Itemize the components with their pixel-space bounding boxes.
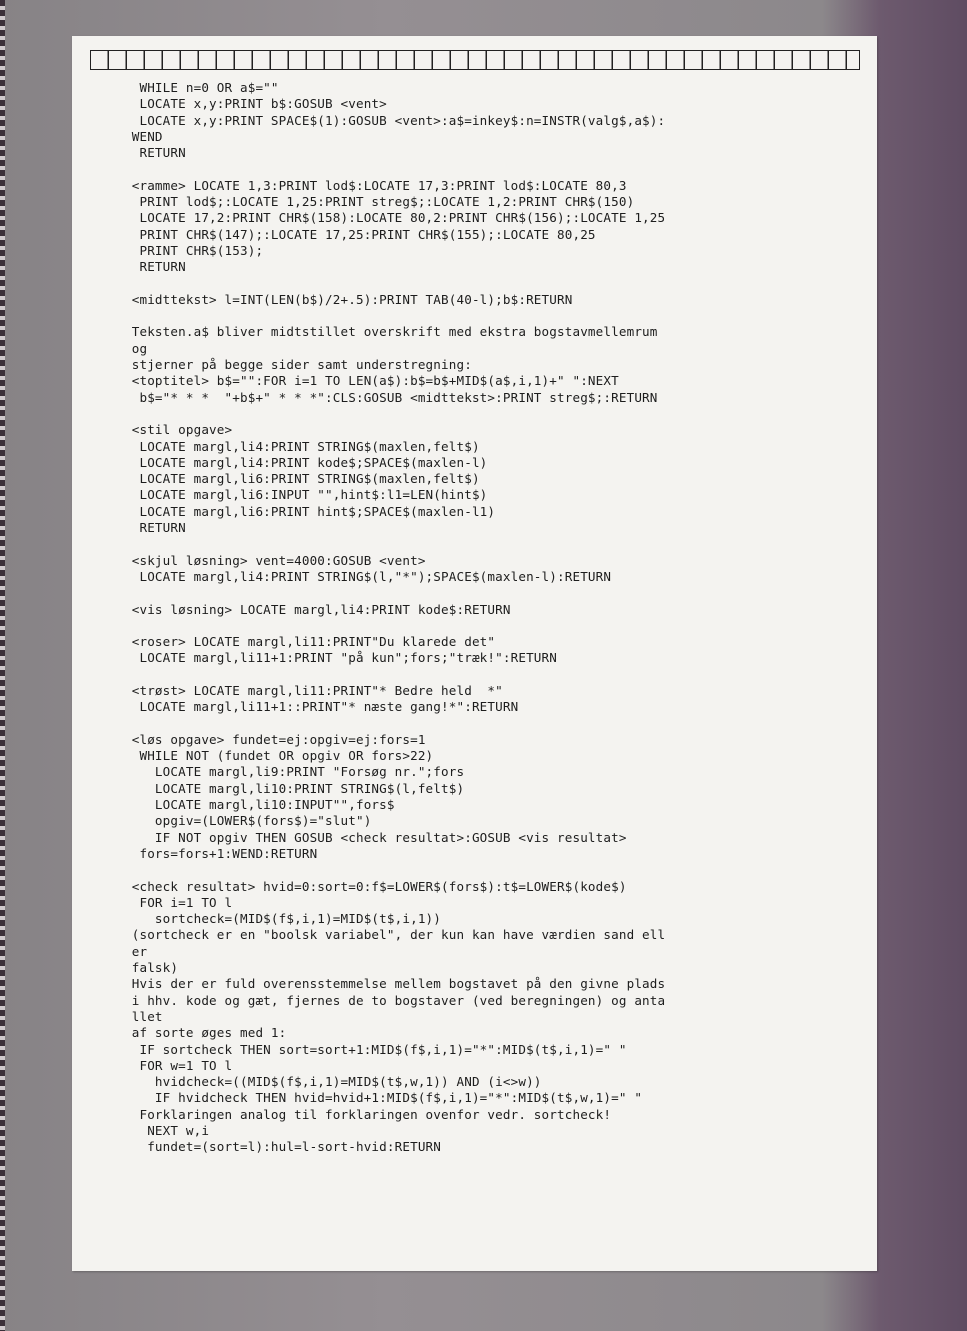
- code-line: RETURN: [124, 259, 864, 275]
- code-line: [124, 276, 864, 292]
- code-line: <trøst> LOCATE margl,li11:PRINT"* Bedre …: [124, 683, 864, 699]
- code-line: [124, 585, 864, 601]
- code-line: IF NOT opgiv THEN GOSUB <check resultat>…: [124, 830, 864, 846]
- code-line: RETURN: [124, 520, 864, 536]
- code-line: PRINT CHR$(153);: [124, 243, 864, 259]
- code-line: RETURN: [124, 145, 864, 161]
- code-line: <stil opgave>: [124, 422, 864, 438]
- code-line: [124, 667, 864, 683]
- code-line: WHILE NOT (fundet OR opgiv OR fors>22): [124, 748, 864, 764]
- code-line: LOCATE margl,li6:PRINT STRING$(maxlen,fe…: [124, 471, 864, 487]
- code-line: stjerner på begge sider samt understregn…: [124, 357, 864, 373]
- binder-edge: [0, 0, 5, 1331]
- code-line: NEXT w,i: [124, 1123, 864, 1139]
- code-line: fundet=(sort=l):hul=l-sort-hvid:RETURN: [124, 1139, 864, 1155]
- code-line: er: [124, 944, 864, 960]
- code-line: af sorte øges med 1:: [124, 1025, 864, 1041]
- code-line: [124, 536, 864, 552]
- code-line: LOCATE margl,li10:INPUT"",fors$: [124, 797, 864, 813]
- code-line: <midttekst> l=INT(LEN(b$)/2+.5):PRINT TA…: [124, 292, 864, 308]
- code-line: <løs opgave> fundet=ej:opgiv=ej:fors=1: [124, 732, 864, 748]
- code-line: LOCATE margl,li4:PRINT kode$;SPACE$(maxl…: [124, 455, 864, 471]
- code-line: <skjul løsning> vent=4000:GOSUB <vent>: [124, 553, 864, 569]
- code-line: [124, 862, 864, 878]
- code-line: LOCATE 17,2:PRINT CHR$(158):LOCATE 80,2:…: [124, 210, 864, 226]
- code-line: PRINT lod$;:LOCATE 1,25:PRINT streg$;:LO…: [124, 194, 864, 210]
- code-line: <roser> LOCATE margl,li11:PRINT"Du klare…: [124, 634, 864, 650]
- code-line: Hvis der er fuld overensstemmelse mellem…: [124, 976, 864, 992]
- code-line: <toptitel> b$="":FOR i=1 TO LEN(a$):b$=b…: [124, 373, 864, 389]
- code-line: LOCATE margl,li11+1:PRINT "på kun";fors;…: [124, 650, 864, 666]
- code-line: WEND: [124, 129, 864, 145]
- code-line: PRINT CHR$(147);:LOCATE 17,25:PRINT CHR$…: [124, 227, 864, 243]
- code-line: sortcheck=(MID$(f$,i,1)=MID$(t$,i,1)): [124, 911, 864, 927]
- listing-page: WHILE n=0 OR a$="" LOCATE x,y:PRINT b$:G…: [72, 36, 877, 1271]
- code-line: LOCATE margl,li6:INPUT "",hint$:l1=LEN(h…: [124, 487, 864, 503]
- code-line: LOCATE x,y:PRINT SPACE$(1):GOSUB <vent>:…: [124, 113, 864, 129]
- code-line: LOCATE margl,li6:PRINT hint$;SPACE$(maxl…: [124, 504, 864, 520]
- header-grid-bar: [90, 50, 860, 70]
- code-line: <ramme> LOCATE 1,3:PRINT lod$:LOCATE 17,…: [124, 178, 864, 194]
- code-line: [124, 406, 864, 422]
- code-line: opgiv=(LOWER$(fors$)="slut"): [124, 813, 864, 829]
- code-line: LOCATE margl,li9:PRINT "Forsøg nr.";fors: [124, 764, 864, 780]
- code-line: b$="* * * "+b$+" * * *":CLS:GOSUB <midtt…: [124, 390, 864, 406]
- code-line: Teksten.a$ bliver midtstillet overskrift…: [124, 324, 864, 340]
- code-line: LOCATE margl,li10:PRINT STRING$(l,felt$): [124, 781, 864, 797]
- code-line: [124, 308, 864, 324]
- code-line: FOR w=1 TO l: [124, 1058, 864, 1074]
- code-line: [124, 161, 864, 177]
- code-line: falsk): [124, 960, 864, 976]
- code-line: llet: [124, 1009, 864, 1025]
- code-line: LOCATE margl,li4:PRINT STRING$(maxlen,fe…: [124, 439, 864, 455]
- code-line: hvidcheck=((MID$(f$,i,1)=MID$(t$,w,1)) A…: [124, 1074, 864, 1090]
- code-line: WHILE n=0 OR a$="": [124, 80, 864, 96]
- code-line: (sortcheck er en "boolsk variabel", der …: [124, 927, 864, 943]
- code-line: [124, 618, 864, 634]
- code-line: <vis løsning> LOCATE margl,li4:PRINT kod…: [124, 602, 864, 618]
- code-line: IF hvidcheck THEN hvid=hvid+1:MID$(f$,i,…: [124, 1090, 864, 1106]
- code-line: Forklaringen analog til forklaringen ove…: [124, 1107, 864, 1123]
- code-line: fors=fors+1:WEND:RETURN: [124, 846, 864, 862]
- code-line: og: [124, 341, 864, 357]
- code-line: LOCATE x,y:PRINT b$:GOSUB <vent>: [124, 96, 864, 112]
- code-line: FOR i=1 TO l: [124, 895, 864, 911]
- code-line: LOCATE margl,li4:PRINT STRING$(l,"*");SP…: [124, 569, 864, 585]
- code-listing: WHILE n=0 OR a$="" LOCATE x,y:PRINT b$:G…: [124, 80, 864, 1156]
- code-line: i hhv. kode og gæt, fjernes de to bogsta…: [124, 993, 864, 1009]
- code-line: IF sortcheck THEN sort=sort+1:MID$(f$,i,…: [124, 1042, 864, 1058]
- code-line: [124, 716, 864, 732]
- code-line: LOCATE margl,li11+1::PRINT"* næste gang!…: [124, 699, 864, 715]
- code-line: <check resultat> hvid=0:sort=0:f$=LOWER$…: [124, 879, 864, 895]
